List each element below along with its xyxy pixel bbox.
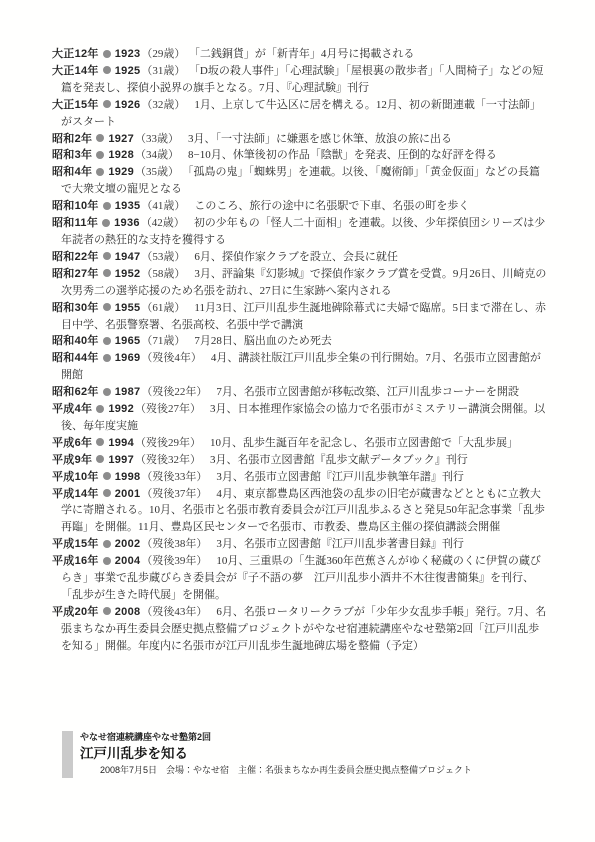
year-bullet-icon xyxy=(103,472,111,480)
chronology-entry: 昭和4年1929（35歳）「孤島の鬼」「蜘蛛男」を連載。以後、「魔術師」「黄金仮… xyxy=(52,164,548,198)
era-year-label: 平成20年 xyxy=(52,606,99,618)
era-year-label: 大正12年 xyxy=(52,48,99,60)
age-label: （歿後4年） xyxy=(141,352,202,364)
chronology-entry: 平成9年1997（歿後32年）3月、名張市立図書館『乱歩文献データブック』刊行 xyxy=(52,452,548,469)
chronology-entry: 昭和44年1969（歿後4年）4月、講談社版江戸川乱歩全集の刊行開始。7月、名張… xyxy=(52,350,548,384)
era-year-label: 大正14年 xyxy=(52,65,99,77)
western-year-label: 1987 xyxy=(115,386,141,398)
year-bullet-icon xyxy=(96,168,104,176)
age-label: （58歳） xyxy=(141,268,185,280)
chronology-entry: 昭和22年1947（53歳）6月、探偵作家クラブを設立、会長に就任 xyxy=(52,249,548,266)
era-year-label: 昭和11年 xyxy=(52,217,98,229)
year-bullet-icon xyxy=(96,151,104,159)
era-year-label: 昭和62年 xyxy=(52,386,99,398)
age-label: （71歳） xyxy=(141,335,185,347)
event-text: このころ、旅行の途中に名張駅で下車、名張の町を歩く xyxy=(194,200,469,212)
age-label: （35歳） xyxy=(135,166,179,178)
era-year-label: 昭和44年 xyxy=(52,352,99,364)
age-label: （歿後39年） xyxy=(141,555,207,567)
era-year-label: 昭和27年 xyxy=(52,268,99,280)
year-bullet-icon xyxy=(102,219,110,227)
footer-block: やなせ宿連続講座やなせ塾第2回 江戸川乱歩を知る 2008年7月5日 会場：やな… xyxy=(62,731,472,778)
chronology-list: 大正12年1923（29歳）「二銭銅貨」が「新青年」4月号に掲載される 大正14… xyxy=(52,46,548,655)
lecture-series-label: やなせ宿連続講座やなせ塾第2回 xyxy=(80,731,472,744)
year-bullet-icon xyxy=(103,202,111,210)
event-text: 7月、名張市立図書館が移転改築、江戸川乱歩コーナーを開設 xyxy=(216,386,519,398)
western-year-label: 1997 xyxy=(108,454,134,466)
western-year-label: 1969 xyxy=(115,352,141,364)
chronology-entry: 昭和10年1935（41歳）このころ、旅行の途中に名張駅で下車、名張の町を歩く xyxy=(52,198,548,215)
chronology-entry: 昭和62年1987（歿後22年）7月、名張市立図書館が移転改築、江戸川乱歩コーナ… xyxy=(52,384,548,401)
era-year-label: 平成10年 xyxy=(52,471,99,483)
age-label: （42歳） xyxy=(141,217,185,229)
age-label: （61歳） xyxy=(141,302,185,314)
chronology-entry: 昭和3年1928（34歳）8−10月、休筆後初の作品「陰獣」を発表、圧倒的な好評… xyxy=(52,147,548,164)
year-bullet-icon xyxy=(103,337,111,345)
chronology-entry: 平成4年1992（歿後27年）3月、日本推理作家協会の協力で名張市がミステリー講… xyxy=(52,401,548,435)
chronology-entry: 大正14年1925（31歳）「D坂の殺人事件」「心理試験」「屋根裏の散歩者」「人… xyxy=(52,63,548,97)
western-year-label: 1994 xyxy=(108,437,134,449)
year-bullet-icon xyxy=(96,134,104,142)
western-year-label: 1992 xyxy=(108,403,134,415)
western-year-label: 1929 xyxy=(108,166,134,178)
western-year-label: 1947 xyxy=(115,251,141,263)
western-year-label: 2001 xyxy=(115,488,141,500)
western-year-label: 1952 xyxy=(115,268,141,280)
era-year-label: 大正15年 xyxy=(52,99,99,111)
chronology-entry: 平成16年2004（歿後39年）10月、三重県の「生誕360年芭蕉さんがゆく秘蔵… xyxy=(52,553,548,604)
chronology-entry: 大正12年1923（29歳）「二銭銅貨」が「新青年」4月号に掲載される xyxy=(52,46,548,63)
chronology-entry: 昭和27年1952（58歳）3月、評論集『幻影城』で探偵作家クラブ賞を受賞。9月… xyxy=(52,266,548,300)
footer-text-block: やなせ宿連続講座やなせ塾第2回 江戸川乱歩を知る 2008年7月5日 会場：やな… xyxy=(80,731,472,777)
age-label: （34歳） xyxy=(135,149,179,161)
western-year-label: 1923 xyxy=(115,48,141,60)
age-label: （33歳） xyxy=(135,133,179,145)
year-bullet-icon xyxy=(103,252,111,260)
era-year-label: 昭和3年 xyxy=(52,149,92,161)
year-bullet-icon xyxy=(96,405,104,413)
age-label: （歿後43年） xyxy=(141,606,207,618)
year-bullet-icon xyxy=(96,455,104,463)
age-label: （32歳） xyxy=(141,99,185,111)
era-year-label: 平成6年 xyxy=(52,437,92,449)
event-text: 6月、探偵作家クラブを設立、会長に就任 xyxy=(194,251,398,263)
age-label: （歿後33年） xyxy=(141,471,207,483)
year-bullet-icon xyxy=(96,438,104,446)
chronology-entry: 平成15年2002（歿後38年）3月、名張市立図書館『江戸川乱歩著書目録』刊行 xyxy=(52,536,548,553)
era-year-label: 平成15年 xyxy=(52,538,99,550)
event-text: 3月、名張市立図書館『乱歩文献データブック』刊行 xyxy=(210,454,468,466)
chronology-entry: 平成14年2001（歿後37年）4月、東京都豊島区西池袋の乱歩の旧宅が蔵書などと… xyxy=(52,486,548,537)
event-details-line: 2008年7月5日 会場：やなせ宿 主催：名張まちなか再生委員会歴史拠点整備プロ… xyxy=(80,764,472,777)
western-year-label: 1955 xyxy=(115,302,141,314)
era-year-label: 昭和10年 xyxy=(52,200,99,212)
event-text: 3月、名張市立図書館『江戸川乱歩著書目録』刊行 xyxy=(216,538,464,550)
event-text: 3月、「一寸法師」に嫌悪を感じ休筆、放浪の旅に出る xyxy=(188,133,452,145)
chronology-entry: 昭和11年1936（42歳）初の少年もの「怪人二十面相」を連載。以後、少年探偵団… xyxy=(52,215,548,249)
year-bullet-icon xyxy=(103,303,111,311)
age-label: （歿後38年） xyxy=(141,538,207,550)
western-year-label: 1925 xyxy=(115,65,141,77)
era-year-label: 平成4年 xyxy=(52,403,92,415)
western-year-label: 2002 xyxy=(115,538,141,550)
event-text: 10月、乱歩生誕百年を記念し、名張市立図書館で「大乱歩展」 xyxy=(210,437,518,449)
chronology-entry: 大正15年1926（32歳）1月、上京して牛込区に居を構える。12月、初の新聞連… xyxy=(52,97,548,131)
age-label: （歿後32年） xyxy=(135,454,201,466)
year-bullet-icon xyxy=(103,100,111,108)
chronology-entry: 昭和2年1927（33歳）3月、「一寸法師」に嫌悪を感じ休筆、放浪の旅に出る xyxy=(52,131,548,148)
western-year-label: 1935 xyxy=(115,200,141,212)
era-year-label: 平成14年 xyxy=(52,488,99,500)
age-label: （歿後22年） xyxy=(141,386,207,398)
footer-accent-bar xyxy=(62,731,73,778)
age-label: （歿後27年） xyxy=(135,403,201,415)
event-text: 7月28日、脳出血のため死去 xyxy=(194,335,332,347)
era-year-label: 平成16年 xyxy=(52,555,99,567)
age-label: （歿後29年） xyxy=(135,437,201,449)
year-bullet-icon xyxy=(103,269,111,277)
year-bullet-icon xyxy=(103,354,111,362)
chronology-entry: 平成20年2008（歿後43年）6月、名張ロータリークラブが「少年少女乱歩手帳」… xyxy=(52,604,548,655)
era-year-label: 平成9年 xyxy=(52,454,92,466)
event-text: 3月、名張市立図書館『江戸川乱歩執筆年譜』刊行 xyxy=(216,471,464,483)
year-bullet-icon xyxy=(103,607,111,615)
era-year-label: 昭和30年 xyxy=(52,302,99,314)
lecture-title: 江戸川乱歩を知る xyxy=(80,745,472,762)
age-label: （31歳） xyxy=(141,65,185,77)
western-year-label: 1926 xyxy=(115,99,141,111)
year-bullet-icon xyxy=(103,388,111,396)
year-bullet-icon xyxy=(103,66,111,74)
era-year-label: 昭和4年 xyxy=(52,166,92,178)
western-year-label: 1998 xyxy=(115,471,141,483)
year-bullet-icon xyxy=(103,557,111,565)
era-year-label: 昭和40年 xyxy=(52,335,99,347)
age-label: （歿後37年） xyxy=(141,488,207,500)
western-year-label: 1965 xyxy=(115,335,141,347)
chronology-entry: 平成6年1994（歿後29年）10月、乱歩生誕百年を記念し、名張市立図書館で「大… xyxy=(52,435,548,452)
western-year-label: 2008 xyxy=(115,606,141,618)
era-year-label: 昭和2年 xyxy=(52,133,92,145)
chronology-entry: 昭和40年1965（71歳）7月28日、脳出血のため死去 xyxy=(52,333,548,350)
western-year-label: 2004 xyxy=(115,555,141,567)
age-label: （53歳） xyxy=(141,251,185,263)
year-bullet-icon xyxy=(103,540,111,548)
western-year-label: 1936 xyxy=(114,217,140,229)
western-year-label: 1928 xyxy=(108,149,134,161)
age-label: （41歳） xyxy=(141,200,185,212)
chronology-entry: 昭和30年1955（61歳）11月3日、江戸川乱歩生誕地碑除幕式に夫婦で臨席。5… xyxy=(52,300,548,334)
event-text: 8−10月、休筆後初の作品「陰獣」を発表、圧倒的な好評を得る xyxy=(188,149,497,161)
year-bullet-icon xyxy=(103,489,111,497)
era-year-label: 昭和22年 xyxy=(52,251,99,263)
document-page: 大正12年1923（29歳）「二銭銅貨」が「新青年」4月号に掲載される 大正14… xyxy=(0,0,595,842)
age-label: （29歳） xyxy=(141,48,185,60)
chronology-entry: 平成10年1998（歿後33年）3月、名張市立図書館『江戸川乱歩執筆年譜』刊行 xyxy=(52,469,548,486)
western-year-label: 1927 xyxy=(108,133,134,145)
event-text: 「二銭銅貨」が「新青年」4月号に掲載される xyxy=(194,48,414,60)
year-bullet-icon xyxy=(103,50,111,58)
